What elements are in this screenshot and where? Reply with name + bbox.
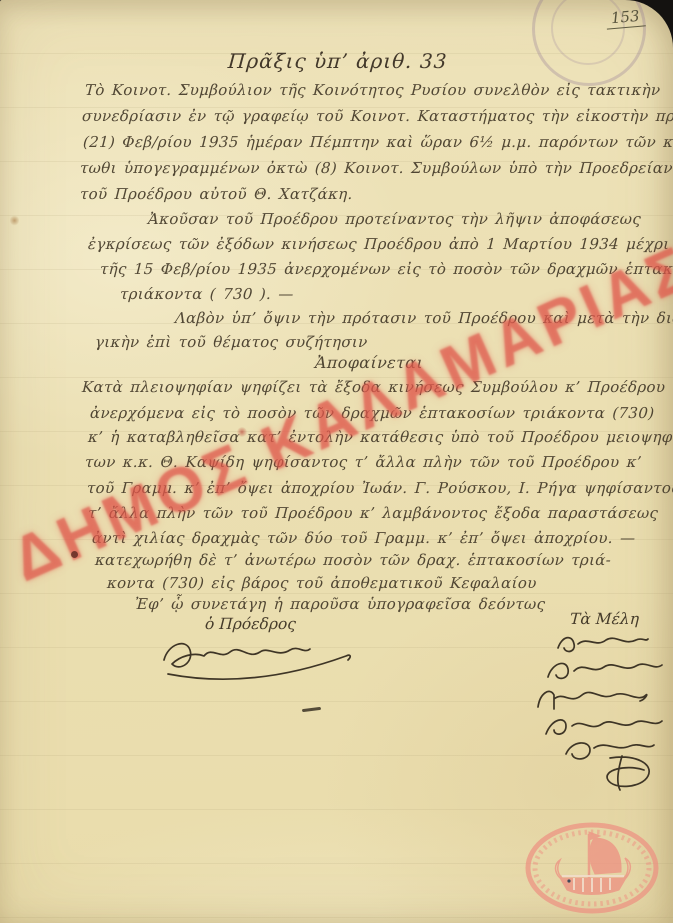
member-signature-2 — [540, 655, 668, 685]
document-heading: Πρᾶξις ὑπ’ ἀριθ. 33 — [227, 49, 448, 73]
red-blot — [237, 427, 247, 437]
closing-line: Ἐφ’ ᾧ συνετάγη ἡ παροῦσα ὑπογραφεῖσα δεό… — [134, 594, 545, 614]
body-line: των κ.κ. Θ. Καψίδη ψηφίσαντος τ’ ἄλλα πλ… — [84, 452, 642, 472]
body-line: ἐγκρίσεως τῶν ἐξόδων κινήσεως Προέδρου ἀ… — [87, 234, 670, 254]
paper-stain — [10, 215, 19, 226]
body-line: τριάκοντα ( 730 ). — — [119, 284, 294, 304]
body-line: τοῦ Προέδρου αὐτοῦ Θ. Χατζάκη. — [79, 184, 353, 204]
scanned-document-page: 153 Πρᾶξις ὑπ’ ἀριθ. 33 Τὸ Κοινοτ. Συμβο… — [0, 0, 673, 923]
body-line: κατεχωρήθη δὲ τ’ ἀνωτέρω ποσὸν τῶν δραχ.… — [94, 550, 611, 570]
body-line: κ’ ἡ καταβληθεῖσα κατ’ ἐντολὴν κατάθεσις… — [87, 427, 673, 447]
body-line: τ’ ἄλλα πλὴν τῶν τοῦ Προέδρου κ’ λαμβάνο… — [87, 503, 658, 523]
ship-stamp-icon — [522, 818, 662, 918]
body-line: Κατὰ πλειοψηφίαν ψηφίζει τὰ ἔξοδα κινήσε… — [81, 377, 665, 397]
body-line: Τὸ Κοινοτ. Συμβούλιον τῆς Κοινότητος Ρυσ… — [84, 80, 661, 100]
body-line: Λαβὸν ὑπ’ ὄψιν τὴν πρότασιν τοῦ Προέδρου… — [174, 308, 673, 328]
paper-sheet: 153 Πρᾶξις ὑπ’ ἀριθ. 33 Τὸ Κοινοτ. Συμβο… — [0, 0, 673, 923]
body-line: κοντα (730) εἰς βάρος τοῦ ἀποθεματικοῦ Κ… — [106, 573, 537, 593]
page-number: 153 — [605, 6, 645, 29]
body-line: (21) Φεβ/ρίου 1935 ἡμέραν Πέμπτην καὶ ὥρ… — [82, 132, 673, 152]
body-line: ἀνερχόμενα εἰς τὸ ποσὸν τῶν δραχμῶν ἑπτα… — [89, 403, 654, 423]
decision-word: Ἀποφαίνεται — [314, 353, 423, 373]
member-signature-3 — [530, 683, 652, 715]
body-line: τῆς 15 Φεβ/ρίου 1935 ἀνερχομένων εἰς τὸ … — [99, 259, 673, 279]
president-signature — [150, 630, 360, 688]
members-label: Τὰ Μέλη — [570, 610, 640, 628]
ink-blot — [71, 551, 78, 558]
body-line: συνεδρίασιν ἐν τῷ γραφείῳ τοῦ Κοινοτ. Κα… — [81, 106, 673, 126]
dash-mark — [302, 707, 321, 712]
body-line: τοῦ Γραμμ. κ’ ἐπ’ ὄψει ἀποχρίου Ἰωάν. Γ.… — [86, 478, 673, 498]
body-line: Ἀκοῦσαν τοῦ Προέδρου προτείναντος τὴν λῆ… — [147, 209, 641, 229]
body-line: ἀντὶ χιλίας δραχμὰς τῶν δύο τοῦ Γραμμ. κ… — [91, 528, 636, 548]
member-signature-5 — [556, 736, 666, 794]
member-signature-1 — [552, 630, 652, 656]
body-line: τωθι ὑπογεγραμμένων ὀκτὼ (8) Κοινοτ. Συμ… — [79, 158, 673, 178]
body-line: γικὴν ἐπὶ τοῦ θέματος συζήτησιν — [94, 332, 368, 352]
